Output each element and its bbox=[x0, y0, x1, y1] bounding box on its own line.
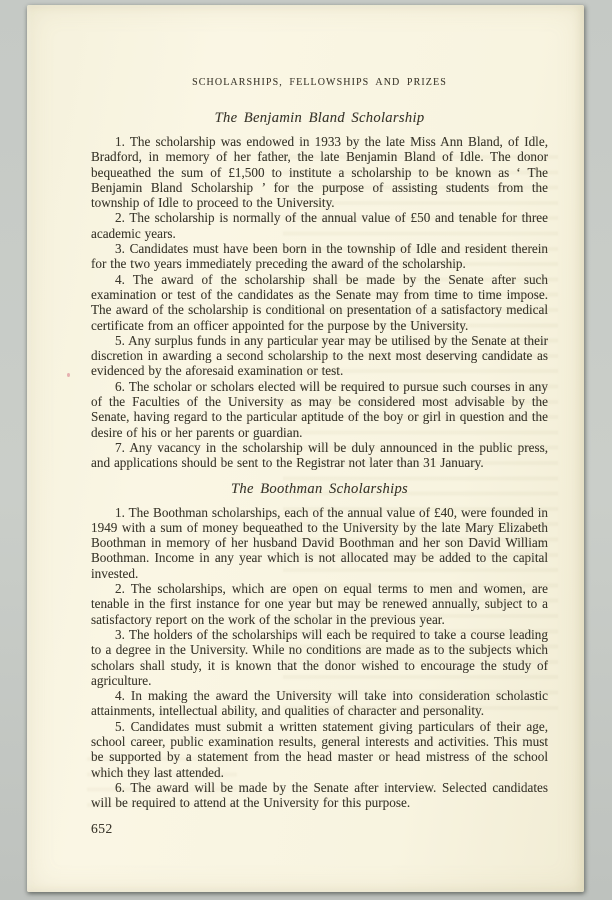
scan-artifact-dot bbox=[67, 373, 70, 377]
page-content: SCHOLARSHIPS, FELLOWSHIPS AND PRIZES The… bbox=[91, 77, 548, 837]
paragraph: 2. The scholarships, which are open on e… bbox=[91, 581, 548, 627]
paragraph: 4. In making the award the University wi… bbox=[91, 688, 548, 719]
book-page: SCHOLARSHIPS, FELLOWSHIPS AND PRIZES The… bbox=[27, 5, 584, 892]
section-boothman-scholarships: The Boothman Scholarships 1. The Boothma… bbox=[91, 481, 548, 811]
paragraph: 1. The scholarship was endowed in 1933 b… bbox=[91, 134, 548, 210]
paragraph: 1. The Boothman scholarships, each of th… bbox=[91, 505, 548, 581]
paragraph: 3. The holders of the scholarships will … bbox=[91, 627, 548, 688]
paragraph: 2. The scholarship is normally of the an… bbox=[91, 210, 548, 241]
running-header: SCHOLARSHIPS, FELLOWSHIPS AND PRIZES bbox=[91, 77, 548, 88]
paragraph: 4. The award of the scholarship shall be… bbox=[91, 272, 548, 333]
paragraph: 5. Any surplus funds in any particular y… bbox=[91, 333, 548, 379]
paragraph: 7. Any vacancy in the scholarship will b… bbox=[91, 440, 548, 471]
scanner-background: SCHOLARSHIPS, FELLOWSHIPS AND PRIZES The… bbox=[0, 0, 612, 900]
paragraph: 6. The scholar or scholars elected will … bbox=[91, 379, 548, 440]
paragraph: 3. Candidates must have been born in the… bbox=[91, 241, 548, 272]
section-title: The Boothman Scholarships bbox=[91, 481, 548, 498]
section-title: The Benjamin Bland Scholarship bbox=[91, 110, 548, 127]
section-benjamin-bland-scholarship: The Benjamin Bland Scholarship 1. The sc… bbox=[91, 110, 548, 471]
page-number: 652 bbox=[91, 821, 548, 837]
paragraph: 6. The award will be made by the Senate … bbox=[91, 780, 548, 811]
paragraph: 5. Candidates must submit a written stat… bbox=[91, 719, 548, 780]
